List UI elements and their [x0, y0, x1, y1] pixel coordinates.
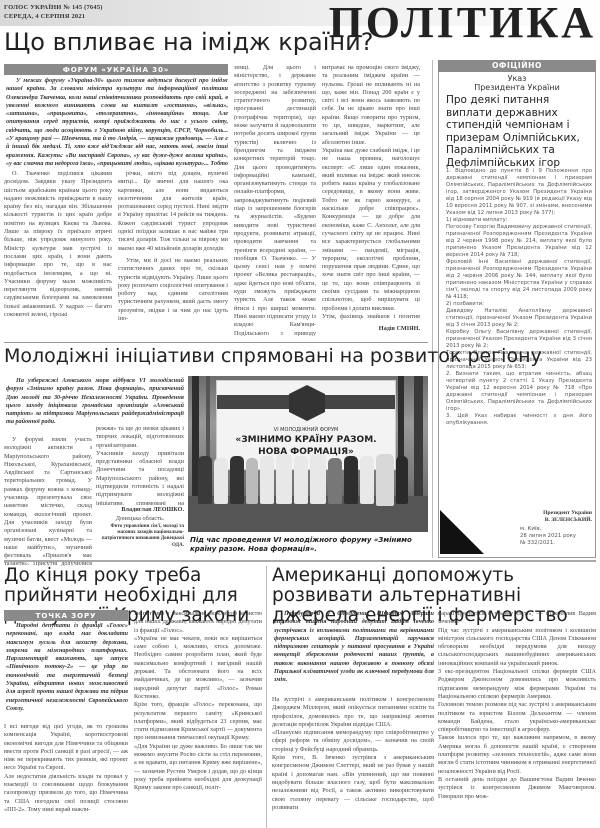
decorative-corner-triangle — [440, 510, 484, 554]
forum-photo: VI МОЛОДІЖНИЙ ФОРУМ «ЗМІНИМО КРАЇНУ РАЗО… — [188, 376, 428, 532]
article3-col2: ти питання з максимально можливою корист… — [134, 610, 262, 828]
photo-caption: Під час проведення VI молодіжного форуму… — [190, 536, 428, 554]
divider — [266, 566, 267, 828]
forum-emblem-icon — [289, 385, 325, 421]
decree-body: 1. Відповідно до пунктів 8 і 9 Положення… — [446, 168, 592, 506]
article3-rubric: ТОЧКА ЗОРУ — [4, 610, 128, 621]
divider — [4, 342, 428, 343]
paragraph: О. Ткаченко поділився цікавим досвідом. … — [4, 170, 112, 319]
article2-region: Донецька область. — [96, 515, 184, 523]
photo-person — [310, 454, 326, 504]
banner-small-text: VI МОЛОДІЖНИЙ ФОРУМ — [217, 427, 395, 433]
article3-col1: І всі вигоди від цієї угоди, як то грошо… — [4, 723, 128, 828]
banner-big-text: «ЗМІНИМО КРАЇНУ РАЗОМ. — [217, 435, 395, 445]
article1-headline: Що впливає на імідж країни? — [4, 30, 424, 56]
decree-date: 28 липня 2021 року — [520, 533, 576, 540]
paragraph: У форумі взяли участь молодіжні активіст… — [4, 436, 92, 566]
issue-number: ГОЛОС УКРАЇНИ № 145 (7645) — [4, 4, 103, 12]
article1-col2: річки, місто під дощем, вуличні митці...… — [118, 170, 228, 338]
photo-person — [198, 456, 212, 504]
photo-person — [396, 456, 408, 504]
photo-person — [260, 456, 274, 504]
issue-date: СЕРЕДА, 4 СЕРПНЯ 2021 — [4, 13, 85, 21]
paragraph: річки, місто під дощем, вуличні митці...… — [118, 170, 228, 253]
decree-number: № 332/2021. — [520, 540, 555, 547]
photo-person — [328, 458, 342, 504]
photo-person — [276, 454, 292, 504]
article2-col2: режжя» та ще до низки цікавих і творчих … — [96, 425, 184, 505]
official-rubric: ОФІЦІЙНО — [438, 60, 596, 72]
article2-col1: У форумі взяли участь молодіжні активіст… — [4, 436, 92, 566]
article1-col1: О. Ткаченко поділився цікавим досвідом. … — [4, 170, 112, 338]
article1-rubric: ФОРУМ «УКРАЇНА 30» — [4, 64, 228, 75]
decree-signer-title: Президент України — [486, 510, 592, 517]
article1-col3: земці. Для цього і міністерство, і держа… — [234, 64, 316, 336]
article2-author: Владислав ЛЕОШКО. — [96, 506, 184, 513]
photo-person — [246, 458, 258, 504]
photo-person — [214, 458, 228, 504]
decree-title: Про деякі питання виплати державних стип… — [446, 94, 596, 169]
article1-author: Надія СМІЯН. — [322, 325, 420, 332]
article4-col1: На зустрічі з американським політиком і … — [272, 696, 434, 828]
decree-type: Указ — [438, 74, 596, 83]
photo-person — [294, 456, 308, 504]
paragraph: Утім, ми й досі не маємо реальних статис… — [118, 257, 228, 323]
article4-col2: наразі цінуються в усьому світі», — підк… — [438, 610, 596, 828]
divider — [432, 60, 433, 558]
article3-lead: Народні депутати із фракції «Голос» пере… — [6, 622, 128, 722]
article1-col4: витрачає на промоцію свого іміджу, та ре… — [322, 64, 420, 322]
decree-issuer: Президента України — [438, 83, 596, 92]
photo-person — [230, 456, 244, 504]
photo-credit: Фото управління сім'ї, молоді та масових… — [100, 524, 184, 549]
photo-person — [376, 454, 394, 506]
article1-lead: У межах форуму «Україна-30» цього тижня … — [6, 77, 228, 167]
article2-headline: Молодіжні ініціативи спрямовані на розви… — [4, 346, 434, 367]
divider — [4, 560, 596, 562]
decree-signer-name: В. ЗЕЛЕНСЬКИЙ. — [486, 517, 592, 524]
photo-person — [360, 456, 374, 504]
article4-lead: Перебуваючи у Сполучених Штатах Америки … — [274, 610, 434, 696]
decree-place: м. Київ, — [520, 526, 541, 533]
photo-person — [344, 456, 358, 504]
